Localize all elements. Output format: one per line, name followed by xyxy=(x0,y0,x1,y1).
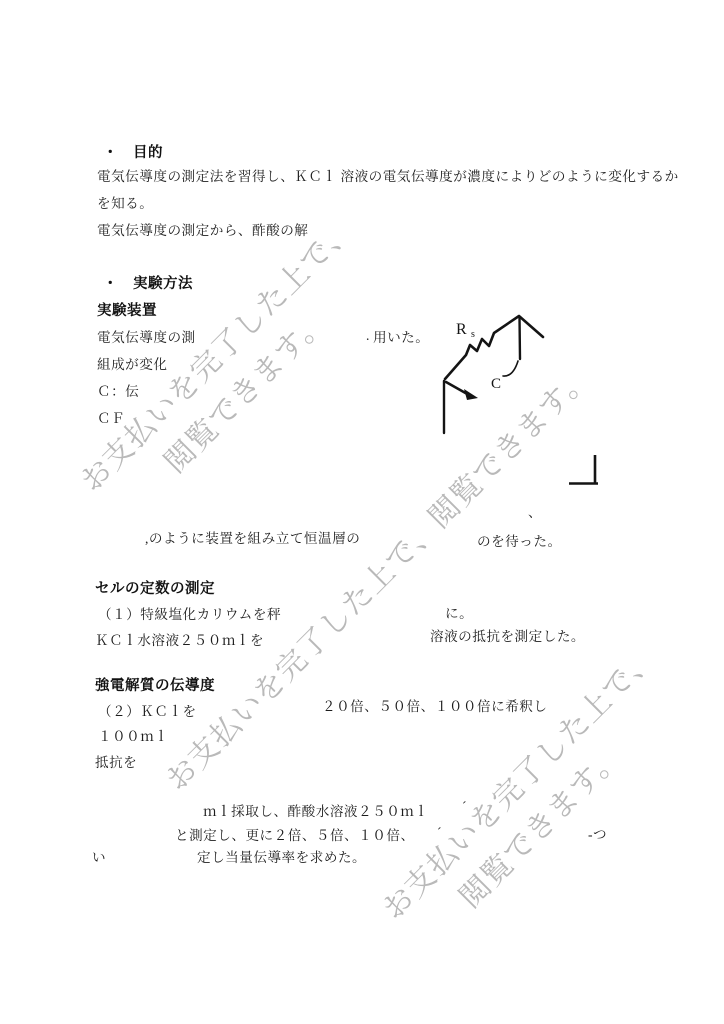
strong-electrolyte-heading: 強電解質の伝導度 xyxy=(95,679,215,694)
acetic-line-1: ｍｌ採取し、酢酸水溶液２５０ｍｌ xyxy=(203,805,429,819)
strong-step2-a: （２）ＫＣｌを xyxy=(98,705,197,719)
apparatus-heading: 実験装置 xyxy=(97,304,157,319)
purpose-line-2: を知る。 xyxy=(97,197,153,211)
resistor-label: R xyxy=(456,321,467,338)
apparatus-line-1a: 電気伝導度の測 xyxy=(97,331,196,345)
purpose-line-3: 電気伝導度の測定から、酢酸の解 xyxy=(97,224,308,238)
acetic-line-2-tail: -つ xyxy=(588,828,607,842)
strong-step2-c: １００ｍｌ xyxy=(98,730,168,744)
method-bullet: ・ 実験方法 xyxy=(103,277,193,292)
apparatus-line-3: Ｃ：伝 xyxy=(97,385,139,399)
acetic-line-2: と測定し、更に２倍、５倍、１０倍、 xyxy=(175,829,415,843)
cell-step1-c: ＫＣｌ水溶液２５０ｍｌを xyxy=(95,634,264,648)
box-corner-fragment xyxy=(569,455,598,484)
capacitor-pointer-arc xyxy=(503,361,518,376)
cell-step1-d: 溶液の抵抗を測定した。 xyxy=(430,630,585,644)
apex-vertical-wire xyxy=(520,317,521,359)
apparatus-line-4: ＣＦ xyxy=(97,412,125,426)
acetic-line-3-left-frag: い xyxy=(92,851,106,865)
stray-comma-frag: 、 xyxy=(528,506,542,520)
assembly-line-a: ,のように装置を組み立て恒温層の xyxy=(145,532,360,546)
apparatus-line-1-frag: . xyxy=(366,329,370,343)
scanned-report-page: R s C ・ 目的電気伝導度の測定法を習得し、ＫＣｌ 溶液の電気伝導度が濃度に… xyxy=(0,0,724,1024)
arrowhead xyxy=(464,389,478,400)
acetic-line-1-frag: ´ xyxy=(462,800,467,814)
strong-step2-d: 抵抗を xyxy=(95,756,137,770)
capacitor-label: C xyxy=(491,376,501,392)
cell-constant-heading: セルの定数の測定 xyxy=(95,582,215,597)
assembly-line-b: のを待った。 xyxy=(477,535,562,549)
cell-step1-b: に。 xyxy=(445,607,473,621)
purpose-line-1: 電気伝導度の測定法を習得し、ＫＣｌ 溶液の電気伝導度が濃度によりどのように変化す… xyxy=(97,170,679,184)
acetic-line-2-frag: ´ xyxy=(437,826,442,840)
acetic-line-3: 定し当量伝導率を求めた。 xyxy=(197,851,366,865)
strong-step2-b: ２０倍、５０倍、１００倍に希釈し xyxy=(322,700,548,714)
cell-step1-a: （１）特級塩化カリウムを秤 xyxy=(98,608,281,622)
resistor-label-subscript: s xyxy=(471,329,475,340)
apparatus-line-2: 組成が変化 xyxy=(97,358,167,372)
purpose-bullet: ・ 目的 xyxy=(103,146,163,161)
apparatus-line-1b: 用いた。 xyxy=(373,331,429,345)
